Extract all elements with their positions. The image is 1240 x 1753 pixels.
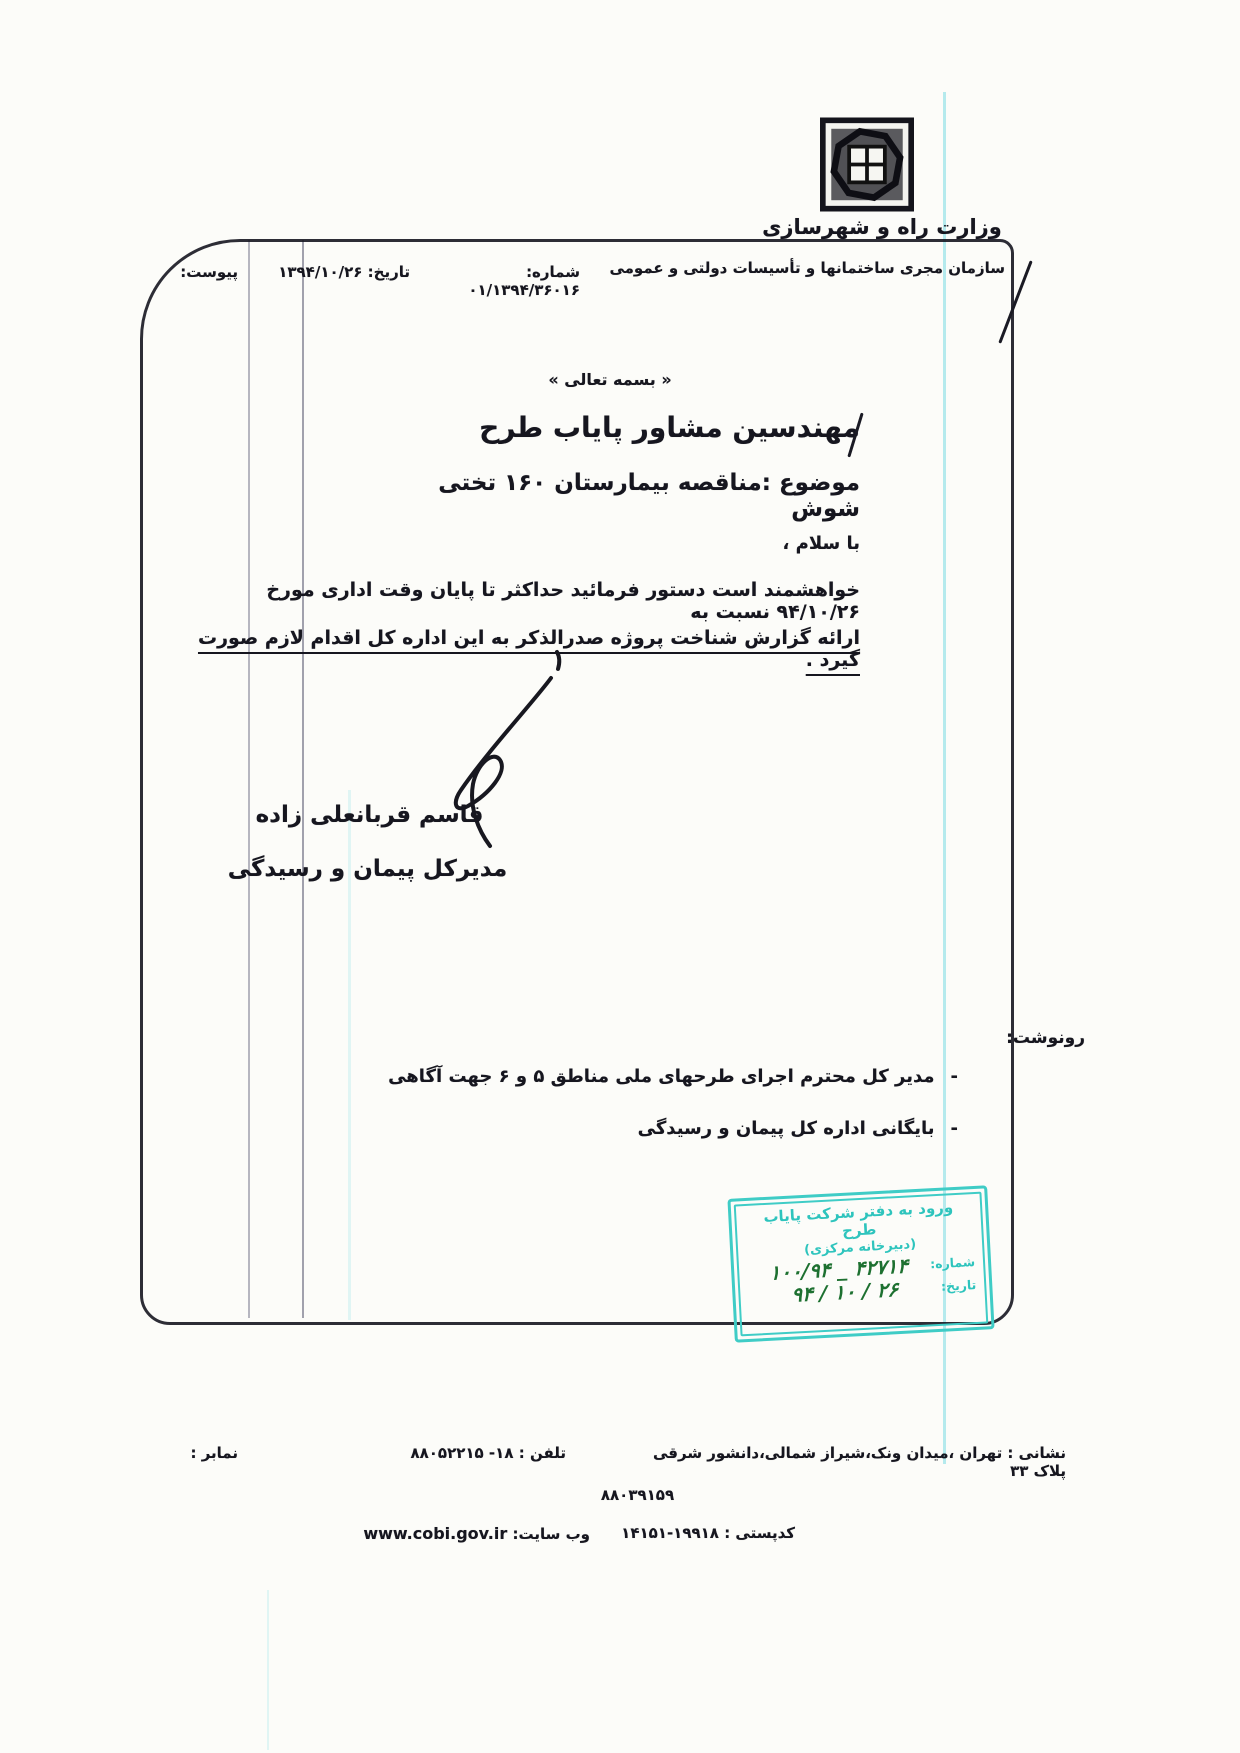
website-url: www.cobi.gov.ir [363, 1524, 507, 1543]
cc-item: -بایگانی اداره کل پیمان و رسیدگی [330, 1118, 958, 1139]
letter-number: شماره: ۰۱/۱۳۹۴/۳۶۰۱۶ [410, 263, 580, 299]
website-label: وب سایت: [512, 1525, 590, 1543]
postal-label: کدپستی : [724, 1524, 795, 1542]
scanned-letter-page: وزارت راه و شهرسازی سازمان مجری ساختمانه… [0, 0, 1240, 1753]
scan-fold-line-cyan [267, 1590, 269, 1750]
footer-phone-2: ۸۸۰۳۹۱۵۹ [585, 1486, 690, 1504]
salutation: با سلام ، [765, 533, 860, 554]
stamp-date-label: تاریخ: [941, 1277, 977, 1294]
postal-value: ۱۴۱۵۱-۱۹۹۱۸ [621, 1524, 719, 1542]
cc-item-text: مدیر کل محترم اجرای طرحهای ملی مناطق ۵ و… [388, 1066, 934, 1087]
phone-label: تلفن : [519, 1444, 566, 1462]
footer-postal-code: کدپستی : ۱۴۱۵۱-۱۹۹۱۸ [595, 1524, 795, 1542]
organization-name: سازمان مجری ساختمانها و تأسیسات دولتی و … [575, 259, 1005, 277]
stamp-inner-border: ورود به دفتر شرکت پایاب طرح (دبیرخانه مر… [734, 1192, 989, 1337]
number-label: شماره: [526, 263, 580, 281]
cc-item-text: بایگانی اداره کل پیمان و رسیدگی [638, 1118, 935, 1139]
footer-phone: تلفن : ۸۸۰۵۲۲۱۵ -۱۸ [368, 1444, 566, 1462]
cc-section-label: رونوشت: [973, 1028, 1085, 1048]
body-line-1: خواهشمند است دستور فرمائید حداکثر تا پای… [185, 579, 860, 623]
cc-item: -مدیر کل محترم اجرای طرحهای ملی مناطق ۵ … [330, 1066, 958, 1087]
number-value: ۰۱/۱۳۹۴/۳۶۰۱۶ [468, 281, 580, 299]
footer-address: نشانی : تهران ،میدان ونک،شیراز شمالی،دان… [630, 1444, 1066, 1480]
ministry-seal-icon [820, 116, 914, 213]
besmele-invocation: « بسمه تعالی » [535, 370, 685, 389]
subject-line: موضوع :مناقصه بیمارستان ۱۶۰ تختی شوش [420, 470, 860, 522]
recipient-name: مهندسین مشاور پایاب طرح [470, 411, 860, 444]
phone-value: ۸۸۰۵۲۲۱۵ -۱۸ [410, 1444, 513, 1462]
footer-website: وب سایت: www.cobi.gov.ir [338, 1524, 590, 1543]
signer-title: مدیرکل پیمان و رسیدگی [215, 856, 520, 882]
attachment-label: پیوست: [168, 263, 238, 281]
cc-dash-marker: - [951, 1066, 958, 1087]
date-value: ۱۳۹۴/۱۰/۲۶ [278, 263, 362, 281]
footer-fax-label: نمابر : [166, 1444, 238, 1462]
stamp-number-label: شماره: [930, 1254, 976, 1271]
date-label: تاریخ: [368, 263, 410, 281]
letter-border-frame [140, 239, 1014, 1325]
signer-name: قاسم قربانعلی زاده [222, 802, 517, 828]
cc-dash-marker: - [951, 1118, 958, 1139]
letter-date: تاریخ: ۱۳۹۴/۱۰/۲۶ [255, 263, 410, 281]
company-entry-stamp: ورود به دفتر شرکت پایاب طرح (دبیرخانه مر… [727, 1185, 994, 1342]
ministry-title: وزارت راه و شهرسازی [748, 215, 1016, 239]
